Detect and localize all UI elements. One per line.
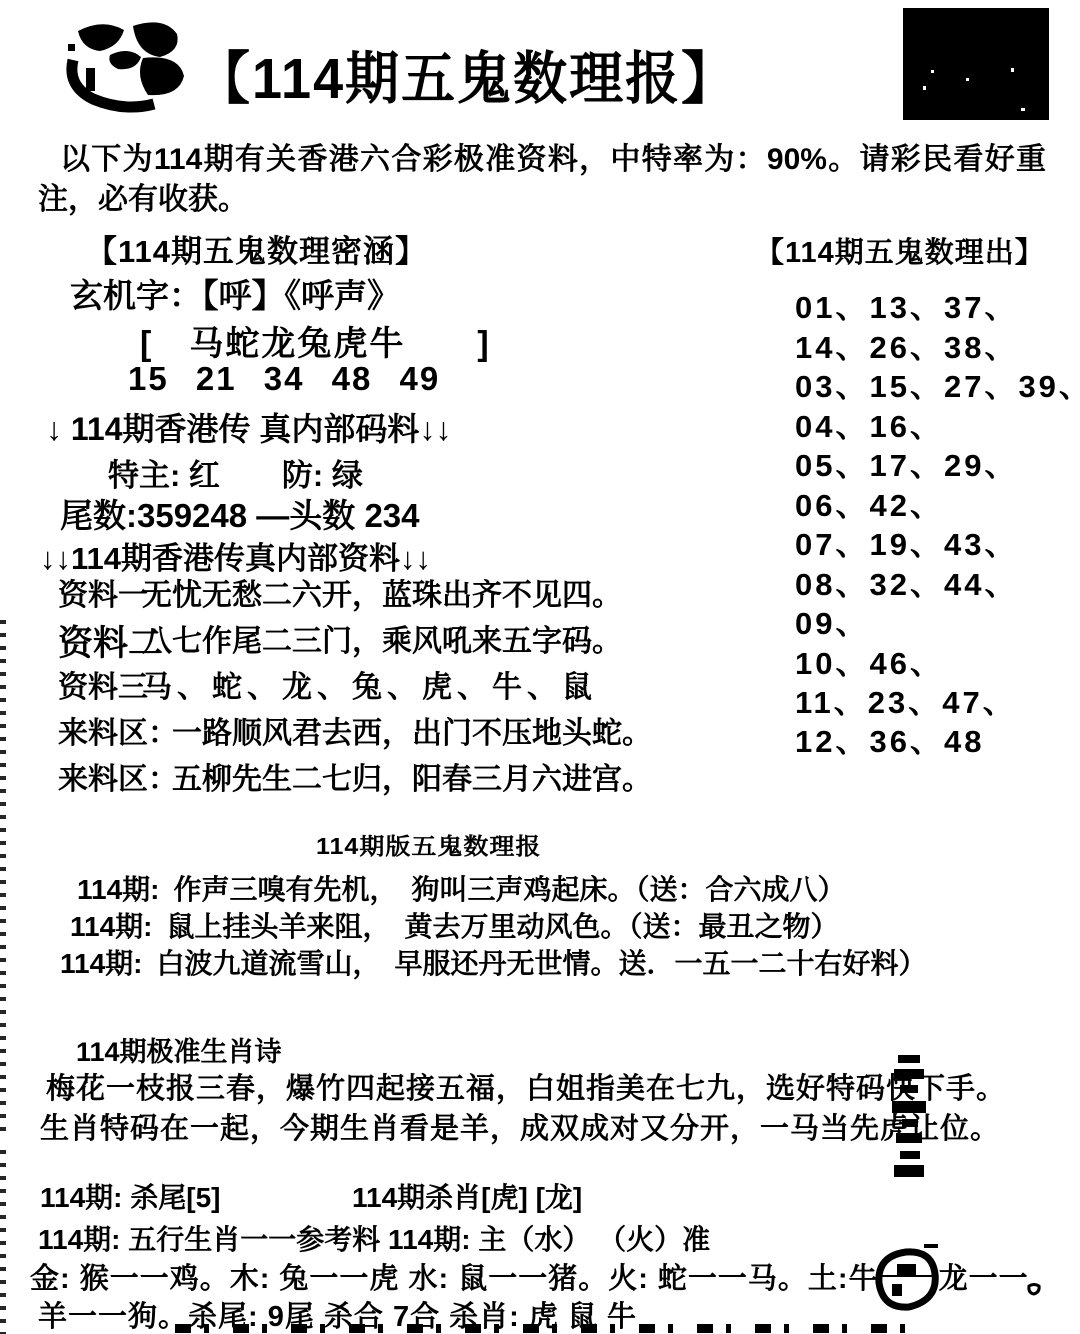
right-section-header: 【114期五鬼数理出】 — [755, 230, 1045, 271]
number-row: 09、 — [795, 598, 869, 643]
number-row: 07、19、43、 — [795, 519, 1018, 564]
poem-row: 114期:白波九道流雪山， 早服还丹无世情。送．一五一二十右好料） — [60, 942, 927, 982]
intro-paragraph: 以下为114期有关香港六合彩极准资料，中特率为：90%。请彩民看好重注，必有收获… — [38, 140, 1046, 220]
clipped-bottom-text-fragment — [175, 1324, 920, 1333]
master-color-line: 特主: 红 防: 绿 — [108, 450, 363, 495]
poem-text: 鼠上挂头羊来阻， 黄去万里动风色。（送：最丑之物） — [167, 911, 839, 942]
zodiac-poem-header: 114期极准生肖诗 — [76, 1030, 282, 1069]
tail-head-numbers-line: 尾数:359248 —头数 234 — [60, 490, 420, 537]
middle-section-header: 114期版五鬼数理报 — [316, 828, 541, 861]
ink-speck — [1026, 1283, 1042, 1296]
number-row: 03、15、27、39、 — [795, 361, 1080, 406]
left-margin-scan-noise — [0, 1150, 6, 1334]
ink-smudge-blob — [872, 1244, 944, 1316]
hk-code-header-line: ↓ 114期香港传 真内部码料↓↓ — [46, 404, 451, 450]
scanned-lottery-sheet: 【114期五鬼数理报】 以下为114期有关香港六合彩极准资料，中特率为：90%。… — [0, 0, 1080, 1334]
zodiac-poem-line: 梅花一枝报三春，爆竹四起接五福，白姐指美在七九，选好特码快下手。 — [46, 1066, 1006, 1107]
number-row: 12、36、48 — [795, 716, 984, 761]
entry-text: 马、蛇、龙、兔、虎、牛、鼠 — [142, 662, 597, 706]
issue-label: 114期: — [60, 948, 143, 979]
kill-tail-line: 114期: 杀尾[5] — [40, 1176, 221, 1216]
zodiac-poem-line: 生肖特码在一起，今期生肖看是羊，成双成对又分开，一马当先虎让位。 — [40, 1106, 1000, 1147]
entry-text: 八七作尾二三门，乘风吼来五字码。 — [142, 616, 622, 660]
zodiac-bracket-line: [ 马蛇龙兔虎牛 ] — [140, 316, 491, 365]
black-stamp-box-image — [903, 8, 1049, 120]
entry-label: 来料区： — [58, 708, 178, 752]
issue-label: 114期: — [77, 874, 160, 905]
five-elements-header-line: 114期: 五行生肖一一参考料 114期: 主（水） （火）准 — [38, 1218, 710, 1258]
kill-zodiac-line: 114期杀肖[虎] [龙] — [352, 1176, 582, 1216]
left-margin-scan-noise — [0, 620, 6, 1140]
entry-text: 五柳先生二七归，阳春三月六进宫。 — [172, 754, 652, 798]
entry-label: 资料三 — [58, 662, 148, 706]
left-section-header: 【114期五鬼数理密涵】 — [86, 226, 427, 271]
entry-text: 无忧无愁二六开，蓝珠出齐不见四。 — [142, 570, 622, 614]
page-title: 【114期五鬼数理报】 — [196, 34, 737, 115]
entry-label: 来料区： — [58, 754, 178, 798]
number-row: 05、17、29、 — [795, 440, 1018, 485]
ink-smudge-vertical — [890, 1055, 932, 1185]
poem-text: 白波九道流雪山， 早服还丹无世情。送．一五一二十右好料） — [157, 948, 927, 979]
poem-row: 114期:作声三嗅有先机， 狗叫三声鸡起床。（送：合六成八） — [77, 868, 846, 908]
issue-label: 114期: — [70, 911, 153, 942]
poem-row: 114期:鼠上挂头羊来阻， 黄去万里动风色。（送：最丑之物） — [70, 905, 839, 945]
poem-text: 作声三嗅有先机， 狗叫三声鸡起床。（送：合六成八） — [174, 874, 846, 905]
entry-text: 一路顺风君去西，出门不压地头蛇。 — [172, 708, 652, 752]
number-row: 01、13、37、 — [795, 282, 1018, 327]
lucky-numbers-line: 15 21 34 48 49 — [128, 360, 440, 398]
mystery-word-line: 玄机字：【呼】《呼声》 — [70, 270, 400, 317]
entry-label: 资料一 — [58, 570, 148, 614]
